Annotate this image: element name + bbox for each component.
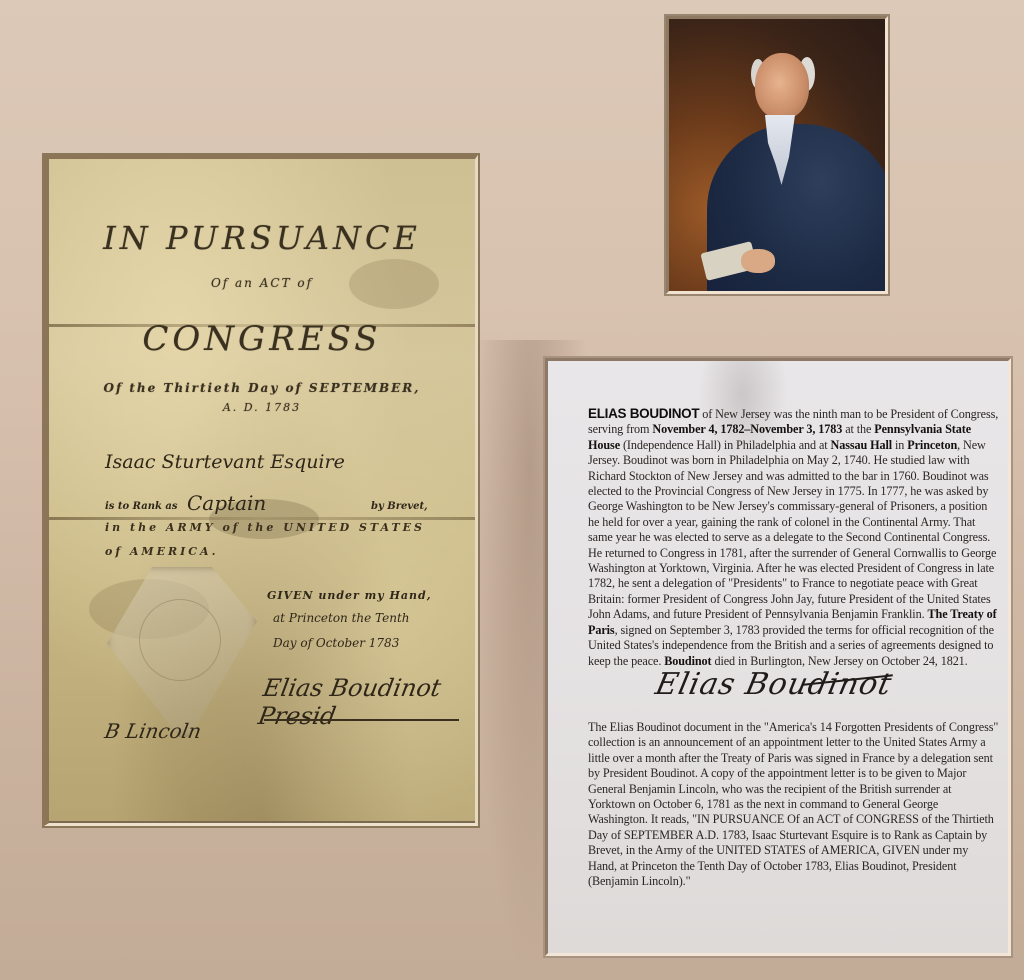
doc-given-line-3: Day of October 1783 — [273, 636, 399, 650]
document-description: The Elias Boudinot document in the "Amer… — [588, 720, 1000, 889]
historic-document: IN PURSUANCE Of an ACT of CONGRESS Of th… — [49, 159, 475, 821]
doc-america-line: of AMERICA. — [105, 545, 218, 558]
bio-term: November 4, 1782–November 3, 1783 — [652, 422, 842, 436]
signature-flourish — [264, 719, 459, 721]
doc-rank-suffix: by Brevet, — [371, 501, 428, 512]
bio-text: died in Burlington, New Jersey on Octobe… — [712, 654, 968, 668]
bio-name: ELIAS BOUDINOT — [588, 406, 699, 421]
portrait-painting — [669, 19, 885, 291]
doc-signature-boudinot: Elias Boudinot Presid — [256, 674, 475, 730]
doc-heading-congress: CONGRESS — [49, 319, 475, 359]
doc-signature-lincoln: B Lincoln — [103, 719, 203, 743]
doc-heading-act: Of an ACT of — [49, 276, 475, 290]
placard-signature: Elias Boudinot — [652, 667, 895, 702]
bio-text: (Independence Hall) in Philadelphia and … — [620, 438, 831, 452]
doc-rank-prefix: is to Rank as — [105, 501, 178, 512]
doc-year-line: A. D. 1783 — [49, 401, 475, 414]
seal-impression — [139, 599, 221, 681]
bio-place: Nassau Hall — [831, 438, 893, 452]
doc-given-line-2: at Princeton the Tenth — [273, 611, 410, 625]
biography-text: ELIAS BOUDINOT of New Jersey was the nin… — [588, 406, 1000, 669]
doc-heading-in-pursuance: IN PURSUANCE — [49, 219, 475, 257]
bio-name-short: Boudinot — [664, 654, 711, 668]
fold-line — [49, 517, 475, 520]
bio-text: , New Jersey. Boudinot was born in Phila… — [588, 438, 996, 621]
bio-place: Princeton — [907, 438, 957, 452]
doc-rank: Captain — [187, 491, 266, 515]
doc-army-line: in the ARMY of the UNITED STATES — [105, 521, 425, 534]
portrait-hand — [741, 249, 775, 273]
bio-text: in — [892, 438, 907, 452]
doc-given-line-1: GIVEN under my Hand, — [267, 589, 432, 602]
doc-appointee-name: Isaac Sturtevant Esquire — [105, 451, 345, 473]
info-placard: ELIAS BOUDINOT of New Jersey was the nin… — [548, 361, 1008, 953]
bio-text: at the — [842, 422, 874, 436]
portrait-face — [755, 53, 809, 119]
doc-date-line: Of the Thirtieth Day of SEPTEMBER, — [49, 381, 475, 395]
